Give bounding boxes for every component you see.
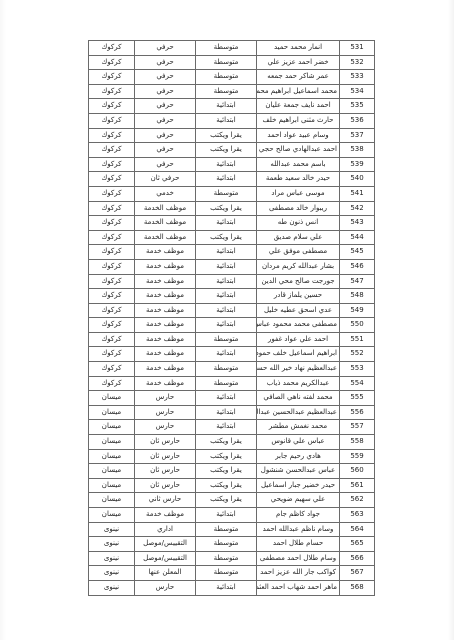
table-row: 551احمد علي عواد غفورمتوسطةموظف خدمةكركو… bbox=[89, 332, 375, 347]
governorate-cell: كركوك bbox=[89, 274, 135, 289]
education-level-cell: متوسطة bbox=[196, 522, 257, 537]
table-row: 560عباس عبدالحسن شنشوليقرا ويكتبحارس ثان… bbox=[89, 464, 375, 479]
row-number-cell: 566 bbox=[340, 551, 375, 566]
row-number-cell: 539 bbox=[340, 157, 375, 172]
governorate-cell: كركوك bbox=[89, 376, 135, 391]
governorate-cell: كركوك bbox=[89, 332, 135, 347]
employee-name-cell: حسين يلماز قادر bbox=[257, 289, 340, 304]
education-level-cell: يقرا ويكتب bbox=[196, 435, 257, 450]
job-title-cell: خدمي bbox=[135, 186, 196, 201]
governorate-cell: كركوك bbox=[89, 230, 135, 245]
governorate-cell: كركوك bbox=[89, 172, 135, 187]
employee-name-cell: احمد علي عواد غفور bbox=[257, 332, 340, 347]
employee-name-cell: عبدالكريم محمد ذياب bbox=[257, 376, 340, 391]
governorate-cell: نينوى bbox=[89, 522, 135, 537]
governorate-cell: ميسان bbox=[89, 508, 135, 523]
education-level-cell: ابتدائية bbox=[196, 391, 257, 406]
job-title-cell: حرفي bbox=[135, 99, 196, 114]
employee-name-cell: حيدر خضير جبار اسماعيل bbox=[257, 478, 340, 493]
row-number-cell: 555 bbox=[340, 391, 375, 406]
row-number-cell: 535 bbox=[340, 99, 375, 114]
employee-name-cell: بشار عبدالله كريم مردان bbox=[257, 259, 340, 274]
job-title-cell: حرفي ثان bbox=[135, 172, 196, 187]
job-title-cell: حارس bbox=[135, 580, 196, 595]
table-row: 542ريبوار خالد مصطفىيقرا ويكتبموظف الخدم… bbox=[89, 201, 375, 216]
row-number-cell: 565 bbox=[340, 537, 375, 552]
education-level-cell: متوسطة bbox=[196, 376, 257, 391]
job-title-cell: حرفي bbox=[135, 55, 196, 70]
table-row: 559هادي رحيم جابريقرا ويكتبحارس ثانميسان bbox=[89, 449, 375, 464]
employee-name-cell: خضر احمد عزيز علي bbox=[257, 55, 340, 70]
employee-name-cell: عمر شاكر حمد جمعه bbox=[257, 70, 340, 85]
education-level-cell: ابتدائية bbox=[196, 289, 257, 304]
employee-name-cell: حيدر خالد سعيد طعمة bbox=[257, 172, 340, 187]
row-number-cell: 534 bbox=[340, 84, 375, 99]
education-level-cell: متوسطة bbox=[196, 70, 257, 85]
table-row: 538احمد عبدالهادي صالح حجييقرا ويكتبحرفي… bbox=[89, 143, 375, 158]
employee-name-cell: ابراهيم اسماعيل خلف حمود bbox=[257, 347, 340, 362]
employee-name-cell: علي سلام صديق bbox=[257, 230, 340, 245]
job-title-cell: حارس ثان bbox=[135, 478, 196, 493]
education-level-cell: يقرا ويكتب bbox=[196, 128, 257, 143]
governorate-cell: ميسان bbox=[89, 435, 135, 450]
education-level-cell: يقرا ويكتب bbox=[196, 493, 257, 508]
roster-body: 531انمار محمد حميدمتوسطةحرفيكركوك532خضر … bbox=[89, 41, 375, 596]
job-title-cell: حرفي bbox=[135, 128, 196, 143]
governorate-cell: كركوك bbox=[89, 216, 135, 231]
table-row: 557محمد نغمش مطشرابتدائيةحارسميسان bbox=[89, 420, 375, 435]
education-level-cell: ابتدائية bbox=[196, 420, 257, 435]
row-number-cell: 562 bbox=[340, 493, 375, 508]
job-title-cell: حرفي bbox=[135, 70, 196, 85]
governorate-cell: ميسان bbox=[89, 493, 135, 508]
row-number-cell: 553 bbox=[340, 362, 375, 377]
job-title-cell: موظف الخدمة bbox=[135, 230, 196, 245]
employee-name-cell: باسم محمد عبدالله bbox=[257, 157, 340, 172]
governorate-cell: كركوك bbox=[89, 84, 135, 99]
education-level-cell: ابتدائية bbox=[196, 274, 257, 289]
governorate-cell: ميسان bbox=[89, 391, 135, 406]
governorate-cell: كركوك bbox=[89, 113, 135, 128]
job-title-cell: موظف خدمة bbox=[135, 362, 196, 377]
table-row: 561حيدر خضير جبار اسماعيليقرا ويكتبحارس … bbox=[89, 478, 375, 493]
employee-name-cell: حارث مثنى ابراهيم خلف bbox=[257, 113, 340, 128]
table-row: 552ابراهيم اسماعيل خلف حمودابتدائيةموظف … bbox=[89, 347, 375, 362]
row-number-cell: 563 bbox=[340, 508, 375, 523]
education-level-cell: ابتدائية bbox=[196, 245, 257, 260]
row-number-cell: 548 bbox=[340, 289, 375, 304]
table-row: 543انس ذنون طهابتدائيةموظف الخدمةكركوك bbox=[89, 216, 375, 231]
row-number-cell: 545 bbox=[340, 245, 375, 260]
education-level-cell: متوسطة bbox=[196, 362, 257, 377]
table-row: 534محمد اسماعيل ابراهيم محمودجمتوسطةحرفي… bbox=[89, 84, 375, 99]
employee-name-cell: محمد اسماعيل ابراهيم محمودج bbox=[257, 84, 340, 99]
table-row: 566وسام طلال احمد مصطفىمتوسطةالتقييس/موص… bbox=[89, 551, 375, 566]
table-row: 541موسى عباس مرادمتوسطةخدميكركوك bbox=[89, 186, 375, 201]
row-number-cell: 547 bbox=[340, 274, 375, 289]
job-title-cell: موظف خدمة bbox=[135, 289, 196, 304]
education-level-cell: ابتدائية bbox=[196, 259, 257, 274]
row-number-cell: 559 bbox=[340, 449, 375, 464]
table-row: 549عدي اسحق عطيه خليلابتدائيةموظف خدمةكر… bbox=[89, 303, 375, 318]
job-title-cell: موظف خدمة bbox=[135, 303, 196, 318]
employee-name-cell: ماهر احمد شهاب احمد العثمان bbox=[257, 580, 340, 595]
governorate-cell: كركوك bbox=[89, 245, 135, 260]
education-level-cell: ابتدائية bbox=[196, 99, 257, 114]
governorate-cell: كركوك bbox=[89, 128, 135, 143]
row-number-cell: 543 bbox=[340, 216, 375, 231]
employee-name-cell: حسام طلال احمد bbox=[257, 537, 340, 552]
education-level-cell: متوسطة bbox=[196, 55, 257, 70]
table-row: 556عبدالعظيم عبدالحسين عبداللهابتدائيةحا… bbox=[89, 405, 375, 420]
row-number-cell: 551 bbox=[340, 332, 375, 347]
table-row: 565حسام طلال احمدمتوسطةالتقييس/موصلنينوى bbox=[89, 537, 375, 552]
governorate-cell: كركوك bbox=[89, 289, 135, 304]
table-row: 535احمد نايف جمعة عليانابتدائيةحرفيكركوك bbox=[89, 99, 375, 114]
job-title-cell: حرفي bbox=[135, 113, 196, 128]
job-title-cell: موظف خدمة bbox=[135, 318, 196, 333]
education-level-cell: متوسطة bbox=[196, 537, 257, 552]
table-row: 563جواد كاظم جامابتدائيةموظف خدمةميسان bbox=[89, 508, 375, 523]
education-level-cell: ابتدائية bbox=[196, 318, 257, 333]
employee-roster-table: 531انمار محمد حميدمتوسطةحرفيكركوك532خضر … bbox=[88, 40, 375, 596]
employee-name-cell: عدي اسحق عطيه خليل bbox=[257, 303, 340, 318]
row-number-cell: 561 bbox=[340, 478, 375, 493]
job-title-cell: موظف الخدمة bbox=[135, 201, 196, 216]
row-number-cell: 538 bbox=[340, 143, 375, 158]
education-level-cell: متوسطة bbox=[196, 186, 257, 201]
governorate-cell: نينوى bbox=[89, 537, 135, 552]
employee-name-cell: عبدالعظيم عبدالحسين عبدالله bbox=[257, 405, 340, 420]
job-title-cell: موظف خدمة bbox=[135, 376, 196, 391]
row-number-cell: 552 bbox=[340, 347, 375, 362]
table-row: 545مصطفى موفق عليابتدائيةموظف خدمةكركوك bbox=[89, 245, 375, 260]
table-row: 554عبدالكريم محمد ذيابمتوسطةموظف خدمةكرك… bbox=[89, 376, 375, 391]
employee-name-cell: موسى عباس مراد bbox=[257, 186, 340, 201]
governorate-cell: كركوك bbox=[89, 201, 135, 216]
job-title-cell: اداري bbox=[135, 522, 196, 537]
table-row: 553عبدالعظيم نهاد خير الله حسنمتوسطةموظف… bbox=[89, 362, 375, 377]
education-level-cell: ابتدائية bbox=[196, 172, 257, 187]
employee-name-cell: عباس علي قانوس bbox=[257, 435, 340, 450]
job-title-cell: حارس ثان bbox=[135, 464, 196, 479]
governorate-cell: ميسان bbox=[89, 420, 135, 435]
employee-name-cell: عباس عبدالحسن شنشول bbox=[257, 464, 340, 479]
education-level-cell: ابتدائية bbox=[196, 405, 257, 420]
job-title-cell: موظف خدمة bbox=[135, 332, 196, 347]
job-title-cell: المعلن عنها bbox=[135, 566, 196, 581]
employee-name-cell: انمار محمد حميد bbox=[257, 41, 340, 56]
education-level-cell: ابتدائية bbox=[196, 303, 257, 318]
employee-name-cell: مصطفى موفق علي bbox=[257, 245, 340, 260]
table-row: 540حيدر خالد سعيد طعمةابتدائيةحرفي ثانكر… bbox=[89, 172, 375, 187]
job-title-cell: حارس ثاني bbox=[135, 493, 196, 508]
row-number-cell: 536 bbox=[340, 113, 375, 128]
education-level-cell: يقرا ويكتب bbox=[196, 464, 257, 479]
governorate-cell: كركوك bbox=[89, 347, 135, 362]
table-row: 568ماهر احمد شهاب احمد العثمانابتدائيةحا… bbox=[89, 580, 375, 595]
job-title-cell: موظف الخدمة bbox=[135, 216, 196, 231]
job-title-cell: موظف خدمة bbox=[135, 347, 196, 362]
row-number-cell: 568 bbox=[340, 580, 375, 595]
table-row: 531انمار محمد حميدمتوسطةحرفيكركوك bbox=[89, 41, 375, 56]
education-level-cell: ابتدائية bbox=[196, 508, 257, 523]
governorate-cell: كركوك bbox=[89, 70, 135, 85]
education-level-cell: يقرا ويكتب bbox=[196, 230, 257, 245]
row-number-cell: 546 bbox=[340, 259, 375, 274]
table-row: 548حسين يلماز قادرابتدائيةموظف خدمةكركوك bbox=[89, 289, 375, 304]
employee-name-cell: وسام ناظم عبدالله احمد bbox=[257, 522, 340, 537]
governorate-cell: ميسان bbox=[89, 405, 135, 420]
job-title-cell: حارس ثان bbox=[135, 435, 196, 450]
employee-name-cell: عبدالعظيم نهاد خير الله حسن bbox=[257, 362, 340, 377]
row-number-cell: 558 bbox=[340, 435, 375, 450]
table-row: 558عباس علي قانوسيقرا ويكتبحارس ثانميسان bbox=[89, 435, 375, 450]
governorate-cell: كركوك bbox=[89, 318, 135, 333]
employee-name-cell: وسام عبيد عواد احمد bbox=[257, 128, 340, 143]
governorate-cell: ميسان bbox=[89, 478, 135, 493]
education-level-cell: متوسطة bbox=[196, 332, 257, 347]
row-number-cell: 564 bbox=[340, 522, 375, 537]
education-level-cell: ابتدائية bbox=[196, 580, 257, 595]
education-level-cell: ابتدائية bbox=[196, 113, 257, 128]
job-title-cell: موظف خدمة bbox=[135, 508, 196, 523]
governorate-cell: كركوك bbox=[89, 41, 135, 56]
table-row: 539باسم محمد عبداللهابتدائيةحرفيكركوك bbox=[89, 157, 375, 172]
education-level-cell: متوسطة bbox=[196, 551, 257, 566]
job-title-cell: حارس bbox=[135, 391, 196, 406]
governorate-cell: ميسان bbox=[89, 449, 135, 464]
row-number-cell: 556 bbox=[340, 405, 375, 420]
job-title-cell: موظف خدمة bbox=[135, 274, 196, 289]
job-title-cell: حرفي bbox=[135, 157, 196, 172]
employee-name-cell: مصطفى محمد محمود عباس bbox=[257, 318, 340, 333]
table-row: 555محمد لفته ناهي الصافيابتدائيةحارسميسا… bbox=[89, 391, 375, 406]
employee-name-cell: علي سهيم ضويحي bbox=[257, 493, 340, 508]
job-title-cell: حارس ثان bbox=[135, 449, 196, 464]
governorate-cell: نينوى bbox=[89, 551, 135, 566]
employee-name-cell: محمد لفته ناهي الصافي bbox=[257, 391, 340, 406]
job-title-cell: التقييس/موصل bbox=[135, 537, 196, 552]
table-row: 544علي سلام صديقيقرا ويكتبموظف الخدمةكرك… bbox=[89, 230, 375, 245]
job-title-cell: موظف خدمة bbox=[135, 259, 196, 274]
row-number-cell: 532 bbox=[340, 55, 375, 70]
education-level-cell: ابتدائية bbox=[196, 347, 257, 362]
employee-name-cell: وسام طلال احمد مصطفى bbox=[257, 551, 340, 566]
job-title-cell: حرفي bbox=[135, 41, 196, 56]
row-number-cell: 531 bbox=[340, 41, 375, 56]
education-level-cell: متوسطة bbox=[196, 566, 257, 581]
employee-name-cell: احمد نايف جمعة عليان bbox=[257, 99, 340, 114]
governorate-cell: كركوك bbox=[89, 143, 135, 158]
row-number-cell: 567 bbox=[340, 566, 375, 581]
job-title-cell: حرفي bbox=[135, 143, 196, 158]
governorate-cell: كركوك bbox=[89, 259, 135, 274]
table-row: 533عمر شاكر حمد جمعهمتوسطةحرفيكركوك bbox=[89, 70, 375, 85]
employee-name-cell: محمد نغمش مطشر bbox=[257, 420, 340, 435]
employee-name-cell: احمد عبدالهادي صالح حجي bbox=[257, 143, 340, 158]
table-row: 562علي سهيم ضويحييقرا ويكتبحارس ثانيميسا… bbox=[89, 493, 375, 508]
governorate-cell: نينوى bbox=[89, 580, 135, 595]
table-row: 564وسام ناظم عبدالله احمدمتوسطةادارينينو… bbox=[89, 522, 375, 537]
row-number-cell: 542 bbox=[340, 201, 375, 216]
table-row: 550مصطفى محمد محمود عباسابتدائيةموظف خدم… bbox=[89, 318, 375, 333]
table-row: 532خضر احمد عزيز عليمتوسطةحرفيكركوك bbox=[89, 55, 375, 70]
governorate-cell: كركوك bbox=[89, 186, 135, 201]
table-row: 547جورجت صالح محي الدينابتدائيةموظف خدمة… bbox=[89, 274, 375, 289]
row-number-cell: 544 bbox=[340, 230, 375, 245]
row-number-cell: 560 bbox=[340, 464, 375, 479]
row-number-cell: 557 bbox=[340, 420, 375, 435]
governorate-cell: كركوك bbox=[89, 99, 135, 114]
job-title-cell: حارس bbox=[135, 420, 196, 435]
education-level-cell: يقرا ويكتب bbox=[196, 478, 257, 493]
employee-name-cell: كواكب جار الله عزيز احمد bbox=[257, 566, 340, 581]
job-title-cell: التقييس/موصل bbox=[135, 551, 196, 566]
row-number-cell: 540 bbox=[340, 172, 375, 187]
education-level-cell: متوسطة bbox=[196, 84, 257, 99]
education-level-cell: متوسطة bbox=[196, 41, 257, 56]
employee-name-cell: انس ذنون طه bbox=[257, 216, 340, 231]
row-number-cell: 537 bbox=[340, 128, 375, 143]
education-level-cell: ابتدائية bbox=[196, 157, 257, 172]
governorate-cell: كركوك bbox=[89, 362, 135, 377]
employee-name-cell: جواد كاظم جام bbox=[257, 508, 340, 523]
governorate-cell: نينوى bbox=[89, 566, 135, 581]
row-number-cell: 533 bbox=[340, 70, 375, 85]
job-title-cell: حرفي bbox=[135, 84, 196, 99]
education-level-cell: يقرا ويكتب bbox=[196, 449, 257, 464]
table-row: 546بشار عبدالله كريم مردانابتدائيةموظف خ… bbox=[89, 259, 375, 274]
education-level-cell: يقرا ويكتب bbox=[196, 143, 257, 158]
row-number-cell: 550 bbox=[340, 318, 375, 333]
table-row: 567كواكب جار الله عزيز احمدمتوسطةالمعلن … bbox=[89, 566, 375, 581]
table-row: 537وسام عبيد عواد احمديقرا ويكتبحرفيكركو… bbox=[89, 128, 375, 143]
education-level-cell: ابتدائية bbox=[196, 216, 257, 231]
row-number-cell: 541 bbox=[340, 186, 375, 201]
governorate-cell: كركوك bbox=[89, 55, 135, 70]
employee-name-cell: جورجت صالح محي الدين bbox=[257, 274, 340, 289]
education-level-cell: يقرا ويكتب bbox=[196, 201, 257, 216]
job-title-cell: حارس bbox=[135, 405, 196, 420]
governorate-cell: كركوك bbox=[89, 303, 135, 318]
row-number-cell: 549 bbox=[340, 303, 375, 318]
row-number-cell: 554 bbox=[340, 376, 375, 391]
employee-name-cell: هادي رحيم جابر bbox=[257, 449, 340, 464]
employee-name-cell: ريبوار خالد مصطفى bbox=[257, 201, 340, 216]
governorate-cell: ميسان bbox=[89, 464, 135, 479]
table-row: 536حارث مثنى ابراهيم خلفابتدائيةحرفيكركو… bbox=[89, 113, 375, 128]
job-title-cell: موظف خدمة bbox=[135, 245, 196, 260]
governorate-cell: كركوك bbox=[89, 157, 135, 172]
